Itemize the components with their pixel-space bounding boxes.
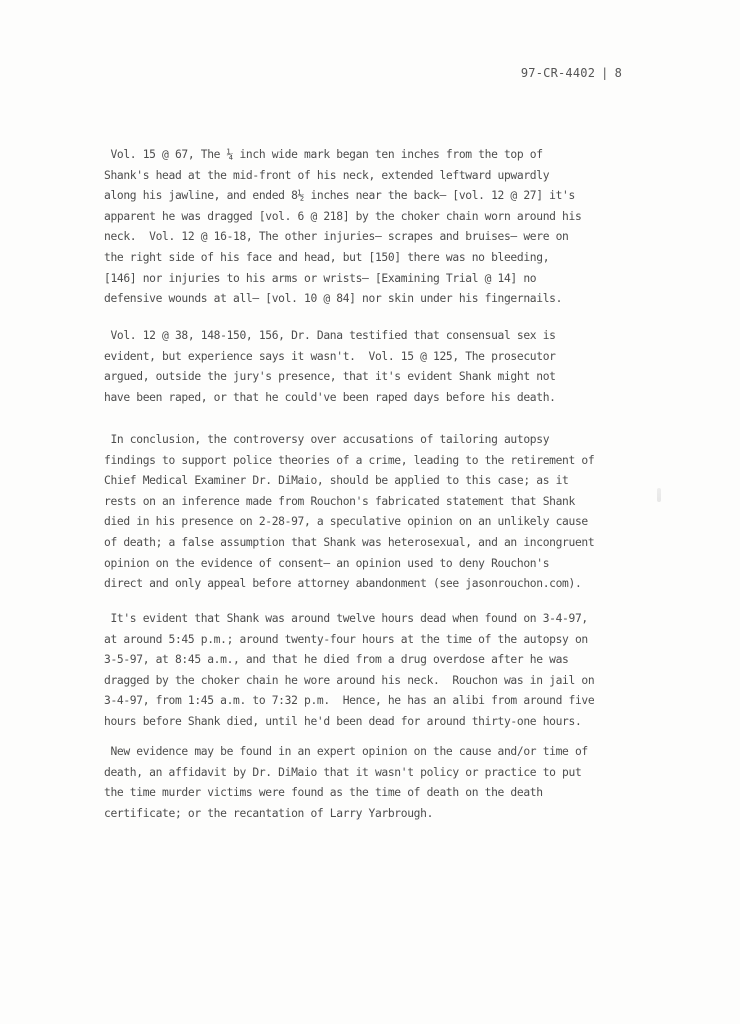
text-line: certificate; or the recantation of Larry… bbox=[104, 804, 664, 825]
header-separator: | bbox=[601, 66, 608, 80]
text-line: In conclusion, the controversy over accu… bbox=[104, 430, 664, 451]
text-line: death, an affidavit by Dr. DiMaio that i… bbox=[104, 763, 664, 784]
case-number: 97-CR-4402 bbox=[521, 66, 595, 80]
page-number: 8 bbox=[615, 66, 622, 80]
text-line: It's evident that Shank was around twelv… bbox=[104, 609, 664, 630]
text-line: 3-5-97, at 8:45 a.m., and that he died f… bbox=[104, 650, 664, 671]
text-line: [146] nor injuries to his arms or wrists… bbox=[104, 269, 664, 290]
text-line: hours before Shank died, until he'd been… bbox=[104, 712, 664, 733]
text-line: the time murder victims were found as th… bbox=[104, 783, 664, 804]
text-line: findings to support police theories of a… bbox=[104, 451, 664, 472]
page-header: 97-CR-4402|8 bbox=[521, 66, 622, 80]
text-line: defensive wounds at all— [vol. 10 @ 84] … bbox=[104, 289, 664, 310]
text-line: Vol. 12 @ 38, 148-150, 156, Dr. Dana tes… bbox=[104, 326, 664, 347]
text-line: died in his presence on 2-28-97, a specu… bbox=[104, 512, 664, 533]
text-line: New evidence may be found in an expert o… bbox=[104, 742, 664, 763]
text-line: 3-4-97, from 1:45 a.m. to 7:32 p.m. Henc… bbox=[104, 691, 664, 712]
text-line: Shank's head at the mid-front of his nec… bbox=[104, 166, 664, 187]
text-line: Vol. 15 @ 67, The ¼ inch wide mark began… bbox=[104, 145, 664, 166]
text-line: direct and only appeal before attorney a… bbox=[104, 574, 664, 595]
text-line: have been raped, or that he could've bee… bbox=[104, 388, 664, 409]
text-line: of death; a false assumption that Shank … bbox=[104, 533, 664, 554]
paragraph-time-of-death: It's evident that Shank was around twelv… bbox=[104, 609, 664, 733]
paragraph-injuries: Vol. 15 @ 67, The ¼ inch wide mark began… bbox=[104, 145, 664, 310]
text-line: Chief Medical Examiner Dr. DiMaio, shoul… bbox=[104, 471, 664, 492]
text-line: evident, but experience says it wasn't. … bbox=[104, 347, 664, 368]
text-line: rests on an inference made from Rouchon'… bbox=[104, 492, 664, 513]
text-line: the right side of his face and head, but… bbox=[104, 248, 664, 269]
text-line: argued, outside the jury's presence, tha… bbox=[104, 367, 664, 388]
text-line: dragged by the choker chain he wore arou… bbox=[104, 671, 664, 692]
paragraph-consent-testimony: Vol. 12 @ 38, 148-150, 156, Dr. Dana tes… bbox=[104, 326, 664, 408]
scan-artifact bbox=[657, 488, 661, 502]
paragraph-new-evidence: New evidence may be found in an expert o… bbox=[104, 742, 664, 824]
text-line: apparent he was dragged [vol. 6 @ 218] b… bbox=[104, 207, 664, 228]
text-line: neck. Vol. 12 @ 16-18, The other injurie… bbox=[104, 227, 664, 248]
text-line: along his jawline, and ended 8½ inches n… bbox=[104, 186, 664, 207]
text-line: opinion on the evidence of consent— an o… bbox=[104, 554, 664, 575]
paragraph-conclusion: In conclusion, the controversy over accu… bbox=[104, 430, 664, 595]
text-line: at around 5:45 p.m.; around twenty-four … bbox=[104, 630, 664, 651]
